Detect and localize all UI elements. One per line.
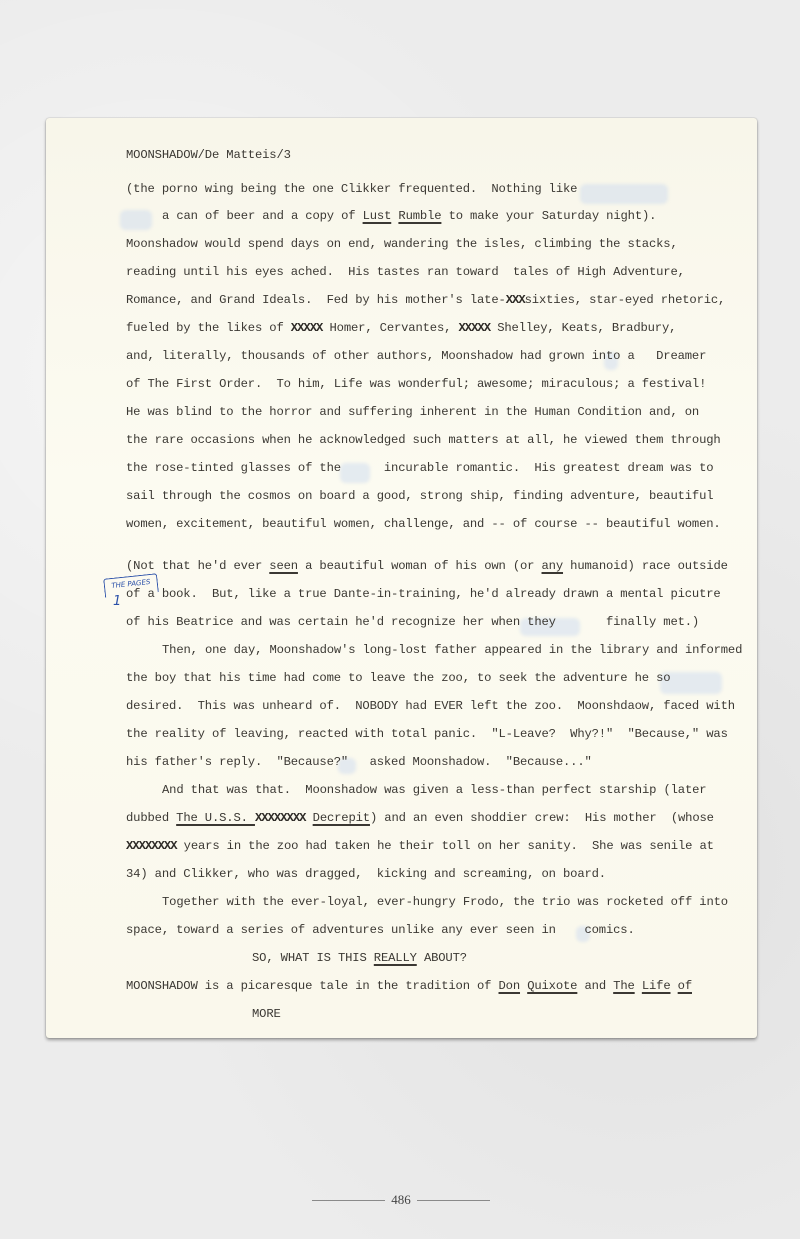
- text-segment: [305, 811, 312, 825]
- struck-out-text: XXXXXXXX: [126, 839, 177, 853]
- text-line: SO, WHAT IS THIS REALLY ABOUT?: [252, 950, 467, 966]
- underlined-text: Lust: [363, 209, 392, 223]
- text-segment: 34) and Clikker, who was dragged, kickin…: [126, 867, 606, 881]
- text-segment: and, literally, thousands of other autho…: [126, 349, 706, 363]
- text-segment: fueled by the likes of: [126, 321, 291, 335]
- text-segment: sail through the cosmos on board a good,…: [126, 489, 713, 503]
- text-line: women, excitement, beautiful women, chal…: [126, 516, 721, 532]
- text-line: 34) and Clikker, who was dragged, kickin…: [126, 866, 606, 882]
- text-segment: of his Beatrice and was certain he'd rec…: [126, 615, 699, 629]
- text-segment: women, excitement, beautiful women, chal…: [126, 517, 721, 531]
- whiteout-mark: [120, 210, 152, 230]
- text-segment: MOONSHADOW is a picaresque tale in the t…: [126, 979, 499, 993]
- text-line: (Not that he'd ever seen a beautiful wom…: [126, 558, 728, 574]
- text-line: and, literally, thousands of other autho…: [126, 348, 706, 364]
- struck-out-text: XXX: [506, 293, 525, 307]
- text-segment: ) and an even shoddier crew: His mother …: [370, 811, 714, 825]
- text-line: fueled by the likes of XXXXX Homer, Cerv…: [126, 320, 676, 336]
- text-line: And that was that. Moonshadow was given …: [162, 782, 706, 798]
- page-header: MOONSHADOW/De Matteis/3: [126, 147, 291, 163]
- text-line: XXXXXXXX years in the zoo had taken he t…: [126, 838, 714, 854]
- text-line: sail through the cosmos on board a good,…: [126, 488, 713, 504]
- text-segment: and: [577, 979, 613, 993]
- text-segment: Romance, and Grand Ideals. Fed by his mo…: [126, 293, 506, 307]
- text-segment: He was blind to the horror and suffering…: [126, 405, 699, 419]
- underlined-text: The: [613, 979, 635, 993]
- underlined-text: seen: [269, 559, 298, 573]
- text-segment: years in the zoo had taken he their toll…: [177, 839, 714, 853]
- text-line: a can of beer and a copy of Lust Rumble …: [162, 208, 656, 224]
- text-segment: a can of beer and a copy of: [162, 209, 363, 223]
- underlined-text: Rumble: [398, 209, 441, 223]
- handwritten-insert-marker: 1: [113, 594, 121, 609]
- text-segment: the rose-tinted glasses of the incurable…: [126, 461, 713, 475]
- text-segment: the rare occasions when he acknowledged …: [126, 433, 721, 447]
- text-segment: the reality of leaving, reacted with tot…: [126, 727, 728, 741]
- whiteout-mark: [580, 184, 668, 204]
- text-segment: humanoid) race outside: [563, 559, 728, 573]
- text-line: his father's reply. "Because?" asked Moo…: [126, 754, 592, 770]
- text-segment: And that was that. Moonshadow was given …: [162, 783, 706, 797]
- text-segment: [671, 979, 678, 993]
- text-segment: [635, 979, 642, 993]
- underlined-text: The U.S.S.: [176, 811, 255, 825]
- text-segment: Moonshadow would spend days on end, wand…: [126, 237, 678, 251]
- text-segment: MORE: [252, 1007, 281, 1021]
- struck-out-text: XXXXXXXX: [255, 811, 306, 825]
- underlined-text: REALLY: [374, 951, 417, 965]
- text-line: Romance, and Grand Ideals. Fed by his mo…: [126, 292, 725, 308]
- text-segment: his father's reply. "Because?" asked Moo…: [126, 755, 592, 769]
- text-line: dubbed The U.S.S. XXXXXXXX Decrepit) and…: [126, 810, 714, 826]
- text-segment: Homer, Cervantes,: [322, 321, 458, 335]
- text-segment: space, toward a series of adventures unl…: [126, 923, 635, 937]
- text-segment: of The First Order. To him, Life was won…: [126, 377, 706, 391]
- text-line: of The First Order. To him, Life was won…: [126, 376, 706, 392]
- text-segment: sixties, star-eyed rhetoric,: [525, 293, 726, 307]
- underlined-text: Quixote: [527, 979, 577, 993]
- text-segment: Then, one day, Moonshadow's long-lost fa…: [162, 643, 742, 657]
- struck-out-text: XXXXX: [291, 321, 323, 335]
- text-line: space, toward a series of adventures unl…: [126, 922, 635, 938]
- underlined-text: Decrepit: [313, 811, 370, 825]
- text-line: the boy that his time had come to leave …: [126, 670, 670, 686]
- text-line: the rose-tinted glasses of the incurable…: [126, 460, 713, 476]
- text-segment: ABOUT?: [417, 951, 467, 965]
- struck-out-text: XXXXX: [458, 321, 490, 335]
- text-line: Moonshadow would spend days on end, wand…: [126, 236, 678, 252]
- page-footer: 486: [312, 1190, 490, 1210]
- text-line: the rare occasions when he acknowledged …: [126, 432, 721, 448]
- text-segment: a beautiful woman of his own (or: [298, 559, 542, 573]
- text-line: desired. This was unheard of. NOBODY had…: [126, 698, 735, 714]
- text-segment: to make your Saturday night).: [441, 209, 656, 223]
- text-segment: the boy that his time had come to leave …: [126, 671, 670, 685]
- text-segment: (Not that he'd ever: [126, 559, 269, 573]
- text-line: reading until his eyes ached. His tastes…: [126, 264, 685, 280]
- text-line: Then, one day, Moonshadow's long-lost fa…: [162, 642, 742, 658]
- text-line: of a book. But, like a true Dante-in-tra…: [126, 586, 721, 602]
- underlined-text: any: [542, 559, 564, 573]
- text-segment: SO, WHAT IS THIS: [252, 951, 374, 965]
- text-line: Together with the ever-loyal, ever-hungr…: [162, 894, 728, 910]
- text-segment: reading until his eyes ached. His tastes…: [126, 265, 685, 279]
- text-line: MORE: [252, 1006, 281, 1022]
- footer-rule-left: [312, 1200, 385, 1201]
- text-segment: Together with the ever-loyal, ever-hungr…: [162, 895, 728, 909]
- text-line: He was blind to the horror and suffering…: [126, 404, 699, 420]
- page-number: 486: [391, 1192, 411, 1208]
- text-line: MOONSHADOW is a picaresque tale in the t…: [126, 978, 692, 994]
- text-segment: of a book. But, like a true Dante-in-tra…: [126, 587, 721, 601]
- underlined-text: Don: [499, 979, 521, 993]
- underlined-text: of: [678, 979, 692, 993]
- footer-rule-right: [417, 1200, 490, 1201]
- text-line: the reality of leaving, reacted with tot…: [126, 726, 728, 742]
- text-segment: (the porno wing being the one Clikker fr…: [126, 182, 577, 196]
- text-line: of his Beatrice and was certain he'd rec…: [126, 614, 699, 630]
- text-line: (the porno wing being the one Clikker fr…: [126, 181, 577, 197]
- text-segment: dubbed: [126, 811, 176, 825]
- text-segment: desired. This was unheard of. NOBODY had…: [126, 699, 735, 713]
- text-segment: Shelley, Keats, Bradbury,: [490, 321, 676, 335]
- underlined-text: Life: [642, 979, 671, 993]
